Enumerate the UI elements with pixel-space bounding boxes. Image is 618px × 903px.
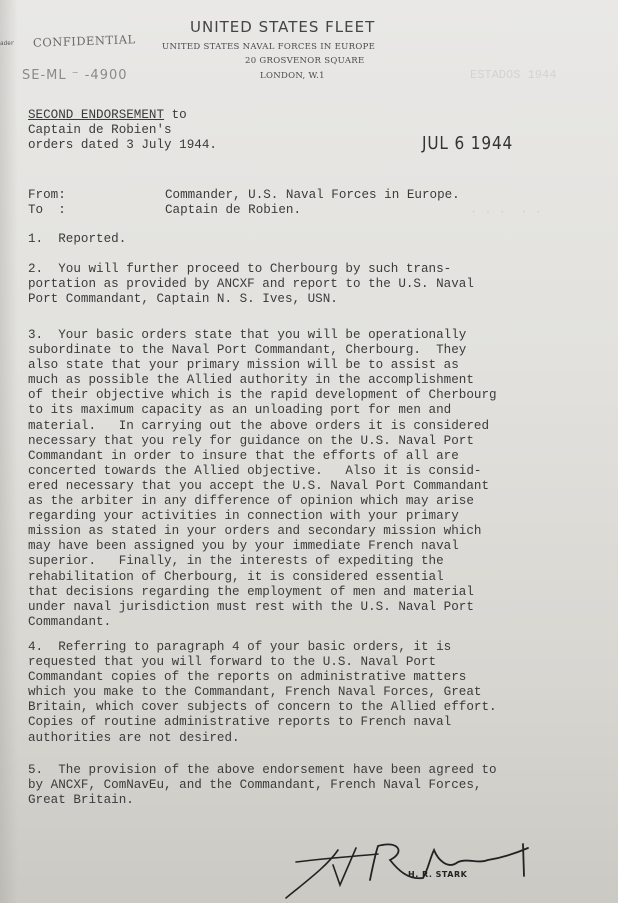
endorsement-heading-block: SECOND ENDORSEMENT to Captain de Robien'… [28,108,217,153]
letterhead-city: LONDON, W.1 [260,71,325,81]
endorsement-subject: Captain de Robien's [28,123,172,137]
letterhead-organization: UNITED STATES NAVAL FORCES IN EUROPE [162,42,375,52]
endorsement-title-suffix: to [164,108,187,122]
endorsement-title: SECOND ENDORSEMENT [28,108,164,122]
bleed-through-text: · · · · · [470,205,542,219]
from-label: From: [28,188,66,202]
to-label: To : [28,203,66,217]
paragraph-5: 5. The provision of the above endorsemen… [28,763,497,808]
routing-values: Commander, U.S. Naval Forces in Europe. … [165,188,460,218]
serial-number-stamp: SE-ML ⁻ -4900 [22,68,128,83]
typed-signature-name: H. R. STARK [408,870,467,879]
margin-note: ader [0,40,14,47]
date-stamp: JUL 6 1944 [422,133,513,154]
handwritten-signature [240,822,560,892]
letterhead-address: 20 GROSVENOR SQUARE [245,56,365,66]
from-value: Commander, U.S. Naval Forces in Europe. [165,188,460,202]
classification-stamp: CONFIDENTIAL [33,32,136,50]
bleed-through-text: ESTADOS 1944 [470,68,556,82]
letterhead-title: UNITED STATES FLEET [190,18,375,36]
paragraph-4: 4. Referring to paragraph 4 of your basi… [28,640,497,746]
to-value: Captain de Robien. [165,203,301,217]
document-page: ESTADOS 1944 · · · · · UNITED STATES FLE… [0,0,618,903]
routing-labels: From: To : [28,188,66,218]
paragraph-2: 2. You will further proceed to Cherbourg… [28,262,474,307]
endorsement-orders-date: orders dated 3 July 1944. [28,138,217,152]
paragraph-3: 3. Your basic orders state that you will… [28,328,497,630]
paragraph-1: 1. Reported. [28,232,126,247]
